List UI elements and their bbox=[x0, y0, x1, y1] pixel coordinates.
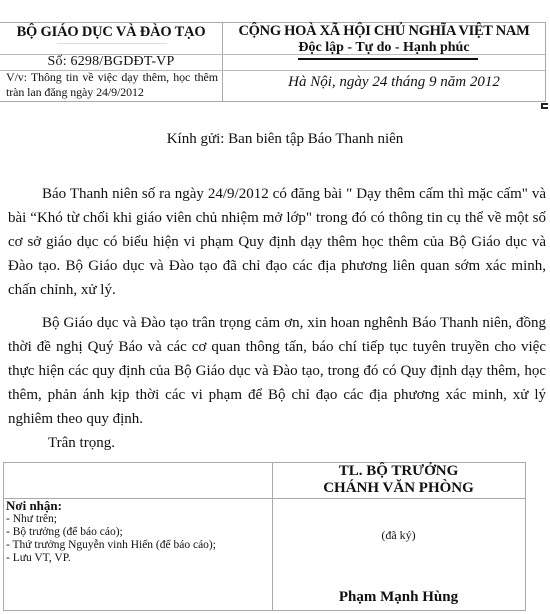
document-subject: V/v: Thông tin về việc dạy thêm, học thê… bbox=[6, 70, 218, 100]
signer-name: Phạm Mạnh Hùng bbox=[272, 589, 525, 606]
closing: Trân trọng. bbox=[48, 435, 115, 452]
recipient-item: - Thứ trưởng Nguyễn vinh Hiển (để báo cá… bbox=[6, 539, 268, 552]
signer-title-line-1: TL. BỘ TRƯỞNG bbox=[272, 463, 525, 480]
signer-title-line-2: CHÁNH VĂN PHÒNG bbox=[272, 480, 525, 497]
signed-note: (đã ký) bbox=[272, 528, 525, 543]
recipient-item: - Lưu VT, VP. bbox=[6, 552, 268, 565]
recipient-item: - Bộ trưởng (để báo cáo); bbox=[6, 526, 268, 539]
ministry-underline bbox=[57, 43, 167, 44]
document-number: Số: 6298/BGDĐT-VP bbox=[0, 54, 222, 70]
recipients-label: Nơi nhận: bbox=[6, 498, 268, 513]
signer-title: TL. BỘ TRƯỞNG CHÁNH VĂN PHÒNG bbox=[272, 463, 525, 497]
salutation: Kính gửi: Ban biên tập Báo Thanh niên bbox=[0, 131, 550, 148]
paragraph-marker-icon bbox=[541, 103, 548, 109]
ministry-name: BỘ GIÁO DỤC VÀ ĐÀO TẠO bbox=[0, 24, 222, 41]
motto-underline bbox=[298, 58, 478, 60]
place-date: Hà Nội, ngày 24 tháng 9 năm 2012 bbox=[223, 72, 545, 92]
recipient-item: - Như trên; bbox=[6, 513, 268, 526]
national-motto: Độc lập - Tự do - Hạnh phúc bbox=[223, 39, 545, 57]
recipients-block: Nơi nhận: - Như trên; - Bộ trưởng (để bá… bbox=[6, 498, 268, 565]
republic-title: CỘNG HOÀ XÃ HỘI CHỦ NGHĨA VIỆT NAM bbox=[223, 22, 545, 40]
body-paragraph-1: Báo Thanh niên số ra ngày 24/9/2012 có đ… bbox=[8, 182, 546, 302]
body-paragraph-2: Bộ Giáo dục và Đào tạo trân trọng cảm ơn… bbox=[8, 311, 546, 431]
